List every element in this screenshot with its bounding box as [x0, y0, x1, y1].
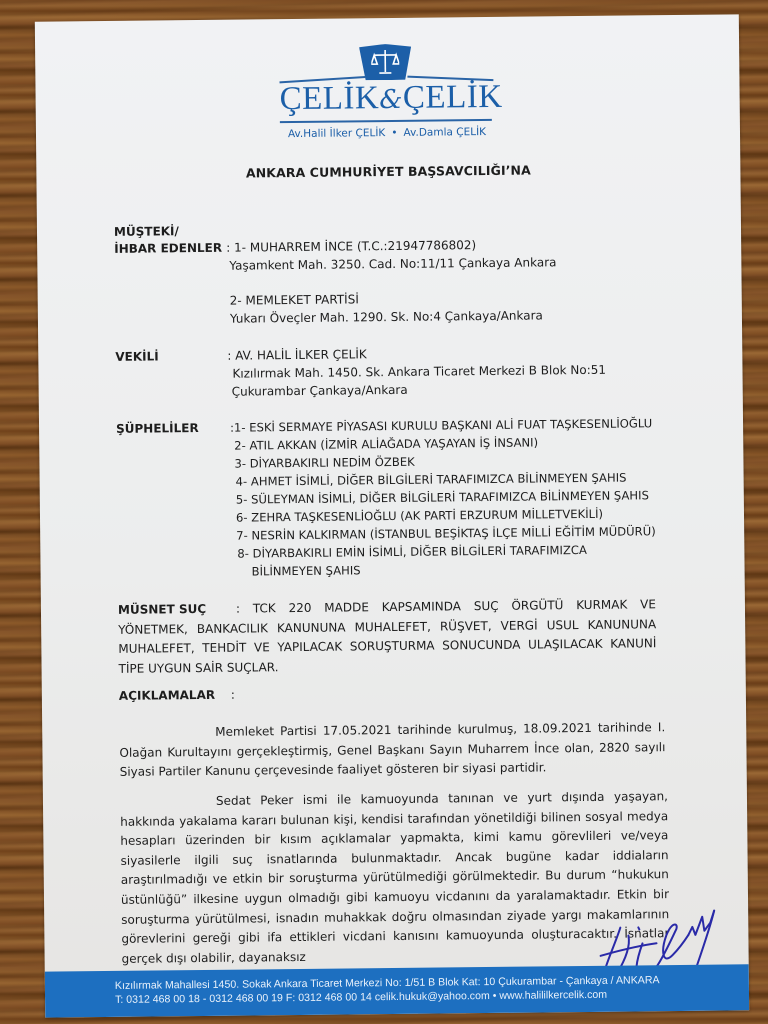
- complainant-address: Yukarı Öveçler Mah. 1290. Sk. No:4 Çanka…: [230, 308, 543, 325]
- explanation-paragraph: Memleket Partisi 17.05.2021 tarihinde ku…: [119, 718, 666, 782]
- petition-document: ÇELİK&ÇELİK Av.Halil İlker ÇELİK•Av.Daml…: [35, 14, 749, 1017]
- separator-dot: •: [391, 127, 397, 139]
- letterhead-footer: Kızılırmak Mahallesi 1450. Sokak Ankara …: [45, 964, 749, 1017]
- firm-name: ÇELİK&ÇELİK: [279, 79, 493, 118]
- attorney-address: Kızılırmak Mah. 1450. Sk. Ankara Ticaret…: [232, 363, 606, 381]
- suspect-item: 4- AHMET İSİMLİ, DİĞER BİLGİLERİ TARAFIM…: [236, 471, 627, 489]
- law-firm-logo: ÇELİK&ÇELİK Av.Halil İlker ÇELİK•Av.Daml…: [279, 43, 500, 151]
- firm-name-left: ÇELİK: [279, 80, 379, 117]
- scales-of-justice-icon: [359, 44, 411, 81]
- complainant-address: Yaşamkent Mah. 3250. Cad. No:11/11 Çanka…: [229, 255, 556, 272]
- suspect-item: 2- ATIL AKKAN (İZMİR ALİAĞADA YAŞAYAN İŞ…: [234, 435, 538, 452]
- complainant-name: : 1- MUHARREM İNCE (T.C.:21947786802): [226, 238, 476, 255]
- attorney-name: : AV. HALİL İLKER ÇELİK: [227, 347, 367, 362]
- complainants-label: İHBAR EDENLER: [114, 241, 222, 256]
- suspect-item: 3- DİYARBAKIRLI NEDİM ÖZBEK: [234, 455, 414, 471]
- suspects-label: ŞÜPHELİLER: [116, 421, 199, 436]
- logo-rule: [280, 119, 492, 123]
- suspect-item: BİLİNMEYEN ŞAHIS: [251, 563, 360, 578]
- lawyer-name: Av.Halil İlker ÇELİK: [288, 127, 385, 140]
- firm-name-right: ÇELİK: [403, 79, 503, 116]
- explanations-colon: :: [231, 688, 235, 702]
- suspect-item: 5- SÜLEYMAN İSİMLİ, DİĞER BİLGİLERİ TARA…: [236, 488, 649, 506]
- complainants-label: MÜŞTEKİ/: [114, 224, 179, 239]
- recipient-heading: ANKARA CUMHURİYET BAŞSAVCILIĞI’NA: [36, 160, 740, 182]
- lawyer-name: Av.Damla ÇELİK: [403, 126, 486, 139]
- explanations-label: AÇIKLAMALAR: [119, 688, 215, 703]
- suspect-item: :1- ESKİ SERMAYE PİYASASI KURULU BAŞKANI…: [230, 416, 652, 434]
- suspect-item: 8- DİYARBAKIRLI EMİN İSİMLİ, DİĞER BİLGİ…: [237, 543, 587, 561]
- firm-lawyers: Av.Halil İlker ÇELİK•Av.Damla ÇELİK: [280, 126, 494, 140]
- explanation-paragraph: Sedat Peker ismi ile kamuoyunda tanınan …: [120, 787, 670, 969]
- attorney-address: Çukurambar Çankaya/Ankara: [232, 383, 408, 399]
- attorney-label: VEKİLİ: [115, 349, 159, 363]
- firm-name-ampersand: &: [379, 85, 403, 115]
- suspect-item: 7- NESRİN KALKIRMAN (İSTANBUL BEŞİKTAŞ İ…: [236, 524, 656, 542]
- alleged-crime-text: : TCK 220 MADDE KAPSAMINDA SUÇ ÖRGÜTÜ KU…: [118, 595, 657, 679]
- complainant-name: 2- MEMLEKET PARTİSİ: [230, 292, 359, 307]
- suspect-item: 6- ZEHRA TAŞKESENLİOĞLU (AK PARTİ ERZURU…: [236, 507, 603, 525]
